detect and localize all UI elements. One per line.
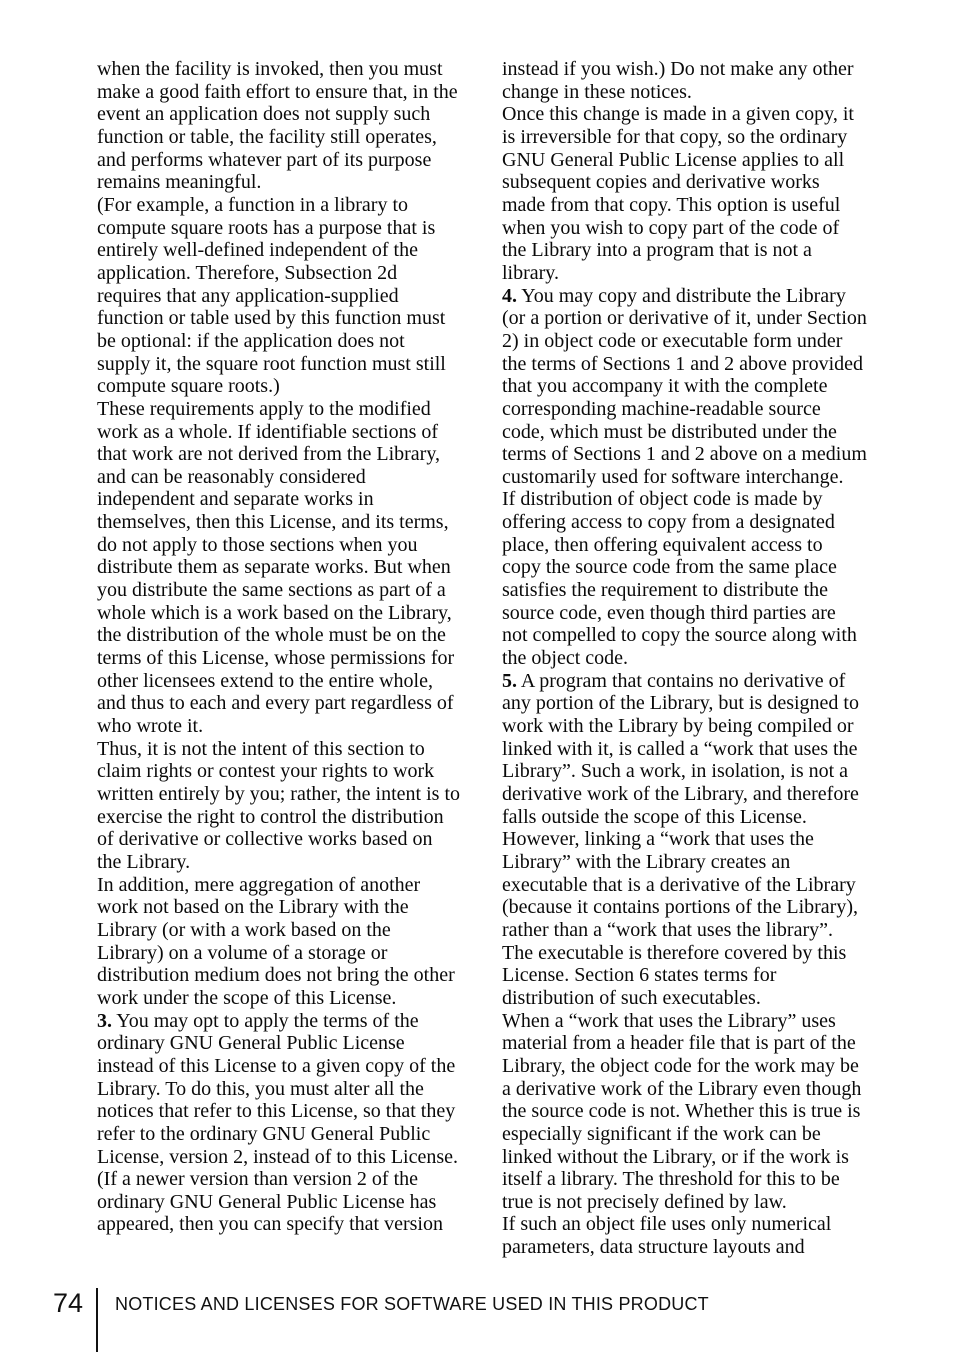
text-line: exercise the right to control the distri… xyxy=(97,806,460,829)
text-line: that you accompany it with the complete xyxy=(502,375,867,398)
text-line: linked without the Library, or if the wo… xyxy=(502,1146,867,1169)
text-line: and thus to each and every part regardle… xyxy=(97,692,460,715)
text-line: requires that any application-supplied xyxy=(97,285,460,308)
text-line: any portion of the Library, but is desig… xyxy=(502,692,867,715)
text-line: themselves, then this License, and its t… xyxy=(97,511,460,534)
text-line: place, then offering equivalent access t… xyxy=(502,534,867,557)
text-line: 3. You may opt to apply the terms of the xyxy=(97,1010,460,1033)
text-line: These requirements apply to the modified xyxy=(97,398,460,421)
text-line: independent and separate works in xyxy=(97,488,460,511)
text-line: notices that refer to this License, so t… xyxy=(97,1100,460,1123)
text-line: Library”. Such a work, in isolation, is … xyxy=(502,760,867,783)
text-line: work as a whole. If identifiable section… xyxy=(97,421,460,444)
text-line: (If a newer version than version 2 of th… xyxy=(97,1168,460,1191)
text-line: ordinary GNU General Public License xyxy=(97,1032,460,1055)
text-line: code, which must be distributed under th… xyxy=(502,421,867,444)
text-line: the source code is not. Whether this is … xyxy=(502,1100,867,1123)
text-line: supply it, the square root function must… xyxy=(97,353,460,376)
text-line: do not apply to those sections when you xyxy=(97,534,460,557)
text-line: (For example, a function in a library to xyxy=(97,194,460,217)
footer-divider-rule xyxy=(96,1288,98,1352)
text-line: refer to the ordinary GNU General Public xyxy=(97,1123,460,1146)
text-line: that work are not derived from the Libra… xyxy=(97,443,460,466)
text-line: corresponding machine-readable source xyxy=(502,398,867,421)
text-line: offering access to copy from a designate… xyxy=(502,511,867,534)
text-line: 5. A program that contains no derivative… xyxy=(502,670,867,693)
text-line: 2) in object code or executable form und… xyxy=(502,330,867,353)
text-line: function or table used by this function … xyxy=(97,307,460,330)
text-line: Library. To do this, you must alter all … xyxy=(97,1078,460,1101)
text-line: be optional: if the application does not xyxy=(97,330,460,353)
text-line: remains meaningful. xyxy=(97,171,460,194)
text-line: compute square roots has a purpose that … xyxy=(97,217,460,240)
text-line: subsequent copies and derivative works xyxy=(502,171,867,194)
text-line: and can be reasonably considered xyxy=(97,466,460,489)
text-line: derivative work of the Library, and ther… xyxy=(502,783,867,806)
text-line: written entirely by you; rather, the int… xyxy=(97,783,460,806)
page-number: 74 xyxy=(53,1292,83,1314)
text-line: entirely well-defined independent of the xyxy=(97,239,460,262)
text-line: Library” with the Library creates an xyxy=(502,851,867,874)
text-line: copy the source code from the same place xyxy=(502,556,867,579)
text-line: Thus, it is not the intent of this secti… xyxy=(97,738,460,761)
text-line: appeared, then you can specify that vers… xyxy=(97,1213,460,1236)
text-line: linked with it, is called a “work that u… xyxy=(502,738,867,761)
text-line: you distribute the same sections as part… xyxy=(97,579,460,602)
text-line: and performs whatever part of its purpos… xyxy=(97,149,460,172)
text-line: ordinary GNU General Public License has xyxy=(97,1191,460,1214)
text-line: compute square roots.) xyxy=(97,375,460,398)
text-line: make a good faith effort to ensure that,… xyxy=(97,81,460,104)
text-line: the terms of Sections 1 and 2 above prov… xyxy=(502,353,867,376)
text-line: other licensees extend to the entire who… xyxy=(97,670,460,693)
text-line: (or a portion or derivative of it, under… xyxy=(502,307,867,330)
text-line: when the facility is invoked, then you m… xyxy=(97,58,460,81)
text-line: Library, the object code for the work ma… xyxy=(502,1055,867,1078)
text-line: distribute them as separate works. But w… xyxy=(97,556,460,579)
text-line: not compelled to copy the source along w… xyxy=(502,624,867,647)
text-line: falls outside the scope of this License. xyxy=(502,806,867,829)
text-line: especially significant if the work can b… xyxy=(502,1123,867,1146)
text-line: Library (or with a work based on the xyxy=(97,919,460,942)
text-line: who wrote it. xyxy=(97,715,460,738)
text-line: GNU General Public License applies to al… xyxy=(502,149,867,172)
text-line: whole which is a work based on the Libra… xyxy=(97,602,460,625)
text-line: change in these notices. xyxy=(502,81,867,104)
text-line: terms of this License, whose permissions… xyxy=(97,647,460,670)
text-line: If distribution of object code is made b… xyxy=(502,488,867,511)
text-line: work not based on the Library with the xyxy=(97,896,460,919)
text-line: application. Therefore, Subsection 2d xyxy=(97,262,460,285)
text-line: (because it contains portions of the Lib… xyxy=(502,896,867,919)
text-line: is irreversible for that copy, so the or… xyxy=(502,126,867,149)
text-line: claim rights or contest your rights to w… xyxy=(97,760,460,783)
text-line: the object code. xyxy=(502,647,867,670)
text-line: When a “work that uses the Library” uses xyxy=(502,1010,867,1033)
text-line: a derivative work of the Library even th… xyxy=(502,1078,867,1101)
text-line: event an application does not supply suc… xyxy=(97,103,460,126)
text-line: distribution of such executables. xyxy=(502,987,867,1010)
text-line: customarily used for software interchang… xyxy=(502,466,867,489)
text-line: Once this change is made in a given copy… xyxy=(502,103,867,126)
text-line: License. Section 6 states terms for xyxy=(502,964,867,987)
text-line: material from a header file that is part… xyxy=(502,1032,867,1055)
text-line: itself a library. The threshold for this… xyxy=(502,1168,867,1191)
text-line: 4. You may copy and distribute the Libra… xyxy=(502,285,867,308)
text-line: However, linking a “work that uses the xyxy=(502,828,867,851)
text-line: distribution medium does not bring the o… xyxy=(97,964,460,987)
text-column-left: when the facility is invoked, then you m… xyxy=(97,58,460,1236)
text-line: function or table, the facility still op… xyxy=(97,126,460,149)
text-column-right: instead if you wish.) Do not make any ot… xyxy=(502,58,867,1259)
text-line: parameters, data structure layouts and xyxy=(502,1236,867,1259)
text-line: If such an object file uses only numeric… xyxy=(502,1213,867,1236)
text-line: made from that copy. This option is usef… xyxy=(502,194,867,217)
text-line: of derivative or collective works based … xyxy=(97,828,460,851)
text-line: License, version 2, instead of to this L… xyxy=(97,1146,460,1169)
text-line: work under the scope of this License. xyxy=(97,987,460,1010)
text-line: the distribution of the whole must be on… xyxy=(97,624,460,647)
text-line: The executable is therefore covered by t… xyxy=(502,942,867,965)
text-line: In addition, mere aggregation of another xyxy=(97,874,460,897)
text-line: when you wish to copy part of the code o… xyxy=(502,217,867,240)
text-line: true is not precisely defined by law. xyxy=(502,1191,867,1214)
text-line: source code, even though third parties a… xyxy=(502,602,867,625)
text-line: Library) on a volume of a storage or xyxy=(97,942,460,965)
footer-section-title: NOTICES AND LICENSES FOR SOFTWARE USED I… xyxy=(115,1296,709,1312)
text-line: instead if you wish.) Do not make any ot… xyxy=(502,58,867,81)
text-line: the Library. xyxy=(97,851,460,874)
text-line: instead of this License to a given copy … xyxy=(97,1055,460,1078)
text-line: rather than a “work that uses the librar… xyxy=(502,919,867,942)
text-line: the Library into a program that is not a xyxy=(502,239,867,262)
text-line: terms of Sections 1 and 2 above on a med… xyxy=(502,443,867,466)
text-line: executable that is a derivative of the L… xyxy=(502,874,867,897)
text-line: work with the Library by being compiled … xyxy=(502,715,867,738)
text-line: satisfies the requirement to distribute … xyxy=(502,579,867,602)
text-line: library. xyxy=(502,262,867,285)
